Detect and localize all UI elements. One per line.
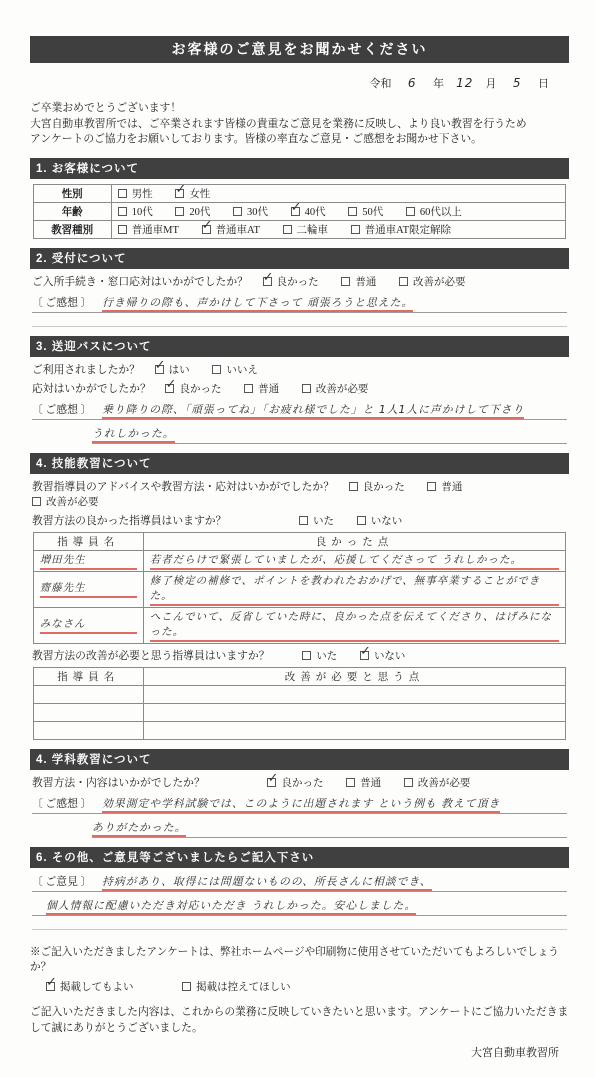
checkbox-needs-improvement: ✓ [399, 277, 408, 286]
table-row-empty [33, 685, 566, 703]
option-label: 普通車MT [132, 225, 179, 236]
option-label: 良かった [281, 778, 323, 789]
question-text: ご利用されましたか？ [32, 364, 140, 376]
option-label: 30代 [247, 207, 268, 218]
checkbox-age-60plus: ✓ [406, 207, 415, 216]
blank-rule [32, 916, 567, 930]
option-good: ✓良かった [267, 778, 323, 789]
option-label: 10代 [132, 207, 153, 218]
option-label: 普通 [441, 482, 462, 493]
date-month-label: 月 [486, 78, 497, 90]
improve-instructor-table: 指導員名 改善が必要と思う点 [33, 667, 567, 740]
date-era-label: 令和 [370, 78, 392, 90]
company-name: 大宮自動車教習所 [30, 1044, 569, 1060]
checkbox-age-20s: ✓ [175, 207, 184, 216]
date-day-label: 日 [538, 78, 549, 90]
check-icon: ✓ [165, 377, 176, 392]
option-label: 普通 [258, 384, 279, 395]
academic-question-line: 教習方法・内容はいかがでしたか？ ✓良かった ✓普通 ✓改善が必要 [32, 775, 567, 790]
question-text: 教習方法の改善が必要と思う指導員はいますか？ [32, 650, 270, 662]
checkbox-age-50s: ✓ [348, 207, 357, 216]
bus-used-question-line: ご利用されましたか？ ✓はい ✓いいえ [32, 362, 567, 377]
form-title-bar: お客様のご意見をお聞かせください [30, 36, 569, 63]
table-header-row: 指導員名 良かった点 [33, 532, 566, 550]
date-year-label: 年 [433, 78, 444, 90]
section6-header: 6. その他、ご意見等ございましたらご記入下さい [30, 847, 569, 868]
intro-line-3: アンケートのご協力をお願いしております。皆様の率直なご意見・ご感想をお聞かせ下さ… [30, 132, 569, 148]
checkbox-good: ✓ [165, 384, 174, 393]
handwritten-comment: ありがたかった。 [92, 821, 186, 837]
option-age-40s: ✓40代 [291, 207, 326, 218]
option-needs-improvement: ✓改善が必要 [404, 778, 471, 789]
option-label: 掲載は控えてほしい [196, 982, 291, 993]
handwritten-comment: 行き帰りの際も、声かけして下さって 頑張ろうと思えた。 [102, 296, 413, 312]
option-car-at: ✓普通車AT [202, 225, 260, 236]
row-label-course: 教習種別 [33, 220, 111, 238]
other-comment-line-2: 個人情報に配慮いただき対応いただき うれしかった。安心しました。 [32, 898, 567, 916]
option-car-mt: ✓普通車MT [118, 225, 179, 236]
table-row-empty [33, 703, 566, 721]
checkbox-good: ✓ [267, 778, 276, 787]
checkbox-male: ✓ [118, 189, 127, 198]
checkbox-yes: ✓ [155, 365, 164, 374]
question-text: 応対はいかがでしたか？ [32, 383, 151, 395]
checkbox-age-30s: ✓ [233, 207, 242, 216]
checkbox-publish-no: ✓ [182, 982, 191, 991]
option-at-limit-release: ✓普通車AT限定解除 [351, 225, 451, 236]
option-ita: ✓いた [299, 516, 334, 527]
option-label: 良かった [277, 277, 319, 288]
handwritten-instructor-name: みなさん [40, 616, 137, 634]
question-text: 教習指導員のアドバイスや教習方法・応対はいかがでしたか？ [32, 481, 334, 493]
question-text: ご入所手続き・窓口応対はいかがでしたか？ [32, 276, 248, 288]
checkbox-needs-improvement: ✓ [404, 778, 413, 787]
handwritten-comment: 個人情報に配慮いただき対応いただき うれしかった。安心しました。 [46, 899, 416, 915]
checkbox-normal: ✓ [427, 482, 436, 491]
date-day-value: 5 [505, 76, 529, 90]
check-icon: ✓ [175, 182, 186, 197]
handwritten-instructor-name: 増田先生 [40, 552, 137, 570]
option-label: 良かった [179, 384, 221, 395]
option-needs-improvement: ✓改善が必要 [399, 277, 466, 288]
option-publish-ok: ✓掲載してもよい [46, 982, 134, 993]
scanned-survey-page: お客様のご意見をお聞かせください 令和 6 年 12 月 5 日 ご卒業おめでと… [0, 0, 595, 1078]
option-age-10s: ✓10代 [118, 207, 153, 218]
option-label: 男性 [132, 189, 153, 200]
option-label: 60代以上 [420, 207, 462, 218]
intro-line-2: 大宮自動車教習所では、ご卒業されます皆様の貴重なご意見を業務に反映し、より良い教… [30, 117, 569, 133]
check-icon: ✓ [46, 975, 57, 990]
handwritten-good-point: 若者だらけで緊張していましたが、応援してくださって うれしかった。 [150, 552, 560, 570]
date-line: 令和 6 年 12 月 5 日 [30, 75, 569, 91]
option-good: ✓良かった [165, 384, 221, 395]
form-title: お客様のご意見をお聞かせください [172, 41, 428, 57]
option-age-20s: ✓20代 [175, 207, 210, 218]
option-inai: ✓いない [357, 516, 403, 527]
handwritten-good-point: 修了検定の補修で、ポイントを教われたおかげで、無事卒業することができた。 [150, 573, 560, 606]
option-label: 改善が必要 [413, 277, 466, 288]
option-label: いない [374, 651, 406, 662]
handwritten-good-point: へこんでいて、反省していた時に、良かった点を伝えてくださり、はげみになった。 [150, 609, 560, 642]
check-icon: ✓ [267, 771, 278, 786]
checkbox-car-at: ✓ [202, 225, 211, 234]
option-label: 普通車AT限定解除 [365, 225, 451, 236]
other-comment-line-1: 〔 ご意見 〕 持病があり、取得には問題ないものの、所長さんに相談でき、 [32, 874, 567, 892]
section4-header: 4. 技能教習について [30, 453, 569, 474]
option-ita: ✓いた [302, 651, 337, 662]
option-label: 20代 [189, 207, 210, 218]
option-label: 二輪車 [297, 225, 329, 236]
academic-comment-line-1: 〔 ご感想 〕 効果測定や学科試験では、このように出題されます という例も 教え… [32, 796, 567, 814]
option-label: 女性 [189, 189, 210, 200]
option-label: 普通 [360, 778, 381, 789]
bus-service-question-line: 応対はいかがでしたか？ ✓良かった ✓普通 ✓改善が必要 [32, 381, 567, 396]
table-row: 年齢 ✓10代 ✓20代 ✓30代 ✓40代 ✓50代 ✓60代以上 [33, 202, 566, 220]
option-age-50s: ✓50代 [348, 207, 383, 218]
section5-header: 4. 学科教習について [30, 749, 569, 770]
table-row: 教習種別 ✓普通車MT ✓普通車AT ✓二輪車 ✓普通車AT限定解除 [33, 220, 566, 238]
question-text: 教習方法の良かった指導員はいますか？ [32, 515, 226, 527]
table-row: 齋藤先生 修了検定の補修で、ポイントを教われたおかげで、無事卒業することができた… [33, 571, 566, 607]
option-label: 改善が必要 [46, 497, 99, 508]
option-label: いない [371, 516, 403, 527]
option-label: 掲載してもよい [60, 982, 134, 993]
section2-header: 2. 受付について [30, 248, 569, 269]
option-label: はい [169, 365, 190, 376]
publication-permission-note: ※ご記入いただきましたアンケートは、弊社ホームページや印刷物に使用させていただい… [30, 946, 569, 976]
checkbox-good: ✓ [263, 277, 272, 286]
checkbox-age-10s: ✓ [118, 207, 127, 216]
header-improve-points: 改善が必要と思う点 [143, 667, 566, 685]
comment-label: 〔 ご感想 〕 [32, 798, 91, 810]
comment-label: 〔 ご意見 〕 [32, 876, 91, 888]
bus-comment-line-2: うれしかった。 [92, 426, 567, 444]
check-icon: ✓ [155, 358, 166, 373]
table-header-row: 指導員名 改善が必要と思う点 [33, 667, 566, 685]
checkbox-at-limit-release: ✓ [351, 225, 360, 234]
bus-comment-line-1: 〔 ご感想 〕 乗り降りの際、「頑張ってね」「お疲れ様でした」と 1人1人に声か… [32, 402, 567, 420]
closing-message: ご記入いただきました内容は、これからの業務に反映していきたいと思います。アンケー… [30, 1004, 569, 1036]
checkbox-female: ✓ [175, 189, 184, 198]
skill-advice-question-line: 教習指導員のアドバイスや教習方法・応対はいかがでしたか？ ✓良かった ✓普通 ✓… [32, 479, 567, 509]
customer-profile-table: 性別 ✓男性 ✓女性 年齢 ✓10代 ✓20代 ✓30代 ✓40代 ✓50代 ✓… [33, 184, 567, 239]
checkbox-motorcycle: ✓ [283, 225, 292, 234]
option-label: 50代 [362, 207, 383, 218]
checkbox-good: ✓ [349, 482, 358, 491]
intro-text: ご卒業おめでとうございます！ 大宮自動車教習所では、ご卒業されます皆様の貴重なご… [30, 101, 569, 148]
header-good-points: 良かった点 [143, 532, 566, 550]
checkbox-normal: ✓ [341, 277, 350, 286]
option-normal: ✓普通 [346, 778, 381, 789]
reception-comment-line: 〔 ご感想 〕 行き帰りの際も、声かけして下さって 頑張ろうと思えた。 [32, 295, 567, 313]
checkbox-normal: ✓ [244, 384, 253, 393]
option-age-60plus: ✓60代以上 [406, 207, 462, 218]
checkbox-no: ✓ [212, 365, 221, 374]
intro-line-1: ご卒業おめでとうございます！ [30, 101, 569, 117]
handwritten-comment: うれしかった。 [92, 427, 175, 443]
checkbox-ita: ✓ [302, 651, 311, 660]
good-instructor-table: 指導員名 良かった点 増田先生 若者だらけで緊張していましたが、応援してくださっ… [33, 532, 567, 644]
improve-instructor-question-line: 教習方法の改善が必要と思う指導員はいますか？ ✓いた ✓いない [32, 648, 567, 663]
check-icon: ✓ [202, 218, 213, 233]
section1-header: 1. お客様について [30, 158, 569, 179]
academic-comment-line-2: ありがたかった。 [92, 820, 567, 838]
option-label: 改善が必要 [418, 778, 471, 789]
comment-label: 〔 ご感想 〕 [32, 404, 91, 416]
option-publish-no: ✓掲載は控えてほしい [182, 982, 291, 993]
check-icon: ✓ [291, 200, 302, 215]
option-label: 40代 [305, 207, 326, 218]
check-icon: ✓ [263, 270, 274, 285]
option-good: ✓良かった [349, 482, 405, 493]
row-label-gender: 性別 [33, 184, 111, 202]
blank-rule [32, 313, 567, 327]
handwritten-comment: 乗り降りの際、「頑張ってね」「お疲れ様でした」と 1人1人に声かけして下さり [102, 403, 524, 419]
option-no: ✓いいえ [212, 365, 258, 376]
option-needs-improvement: ✓改善が必要 [32, 497, 99, 508]
handwritten-comment: 効果測定や学科試験では、このように出題されます という例も 教えて頂き [102, 797, 500, 813]
option-female: ✓女性 [175, 189, 210, 200]
checkbox-inai: ✓ [360, 651, 369, 660]
option-needs-improvement: ✓改善が必要 [302, 384, 369, 395]
option-label: 普通 [355, 277, 376, 288]
option-label: いた [313, 516, 334, 527]
option-yes: ✓はい [155, 365, 190, 376]
option-label: 改善が必要 [316, 384, 369, 395]
checkbox-publish-ok: ✓ [46, 982, 55, 991]
reception-question-line: ご入所手続き・窓口応対はいかがでしたか？ ✓良かった ✓普通 ✓改善が必要 [32, 274, 567, 289]
header-instructor-name: 指導員名 [33, 532, 143, 550]
checkbox-inai: ✓ [357, 516, 366, 525]
check-icon: ✓ [360, 644, 371, 659]
question-text: 教習方法・内容はいかがでしたか？ [32, 777, 205, 789]
option-label: 良かった [363, 482, 405, 493]
checkbox-needs-improvement: ✓ [302, 384, 311, 393]
row-label-age: 年齢 [33, 202, 111, 220]
publication-permission-options: ✓掲載してもよい ✓掲載は控えてほしい [46, 979, 569, 994]
date-month-value: 12 [453, 76, 477, 90]
option-age-30s: ✓30代 [233, 207, 268, 218]
checkbox-car-mt: ✓ [118, 225, 127, 234]
table-row-empty [33, 721, 566, 739]
option-normal: ✓普通 [341, 277, 376, 288]
option-label: いた [316, 651, 337, 662]
checkbox-needs-improvement: ✓ [32, 497, 41, 506]
table-row: 増田先生 若者だらけで緊張していましたが、応援してくださって うれしかった。 [33, 550, 566, 571]
handwritten-comment: 持病があり、取得には問題ないものの、所長さんに相談でき、 [102, 875, 431, 891]
option-label: 普通車AT [216, 225, 260, 236]
good-instructor-question-line: 教習方法の良かった指導員はいますか？ ✓いた ✓いない [32, 513, 567, 528]
option-normal: ✓普通 [244, 384, 279, 395]
option-label: いいえ [226, 365, 258, 376]
handwritten-instructor-name: 齋藤先生 [40, 580, 137, 598]
option-normal: ✓普通 [427, 482, 462, 493]
comment-label: 〔 ご感想 〕 [32, 297, 91, 309]
option-inai: ✓いない [360, 651, 406, 662]
checkbox-age-40s: ✓ [291, 207, 300, 216]
checkbox-ita: ✓ [299, 516, 308, 525]
option-motorcycle: ✓二輪車 [283, 225, 329, 236]
section3-header: 3. 送迎バスについて [30, 336, 569, 357]
option-male: ✓男性 [118, 189, 153, 200]
header-instructor-name: 指導員名 [33, 667, 143, 685]
date-year-value: 6 [400, 76, 424, 90]
option-good: ✓良かった [263, 277, 319, 288]
table-row: みなさん へこんでいて、反省していた時に、良かった点を伝えてくださり、はげみにな… [33, 607, 566, 643]
checkbox-normal: ✓ [346, 778, 355, 787]
